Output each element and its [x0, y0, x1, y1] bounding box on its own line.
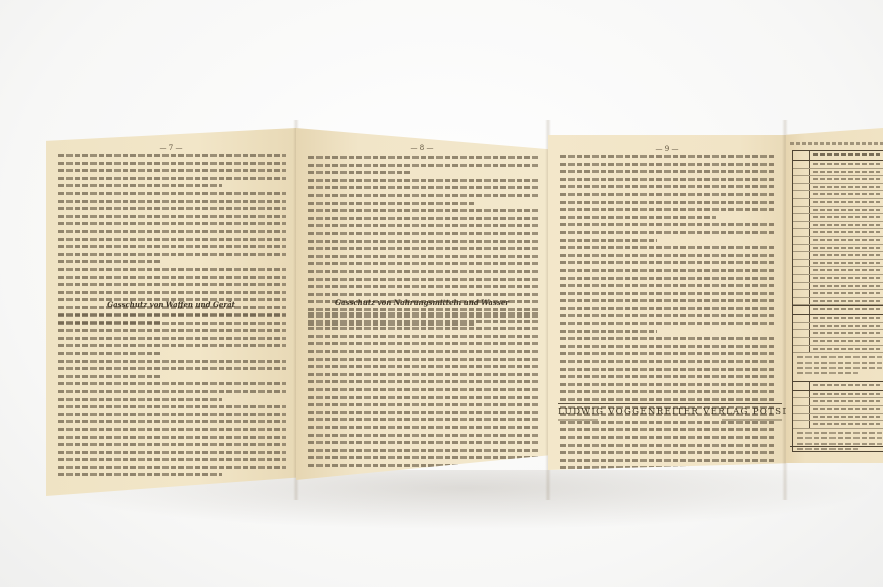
table-caption [790, 142, 883, 145]
body-text-block [308, 312, 538, 471]
section-heading: Gasschutz von Waffen und Gerät [46, 300, 296, 309]
page-number: — 9 — [548, 145, 786, 153]
photo-scene: — 7 — Gasschutz von Waffen und Gerät [0, 0, 883, 587]
leaflet-panel-page-8: — 8 — Gasschutz von Nahrungsmitteln und … [296, 128, 548, 480]
leaflet-panel-page-7: — 7 — Gasschutz von Waffen und Gerät [46, 128, 296, 496]
publisher-fine-print [558, 419, 782, 421]
publisher-name: LUDWIG VOGGENREITER VERLAG POTSDAM [558, 407, 782, 417]
section-heading: Gasschutz von Nahrungsmitteln und Wasser [296, 298, 548, 307]
page-number: — 8 — [296, 144, 548, 152]
body-text-block [58, 314, 286, 481]
publisher-imprint: LUDWIG VOGGENREITER VERLAG POTSDAM [558, 403, 782, 421]
reference-table [792, 150, 883, 452]
leaflet-panel-table [786, 128, 883, 463]
leaflet-panel-page-9: — 9 — LUDWIG VOGGENREITER VERLAG POTSDAM [548, 135, 786, 470]
table-footer [790, 446, 883, 459]
body-text-block [560, 155, 776, 470]
page-number: — 7 — [46, 144, 296, 152]
